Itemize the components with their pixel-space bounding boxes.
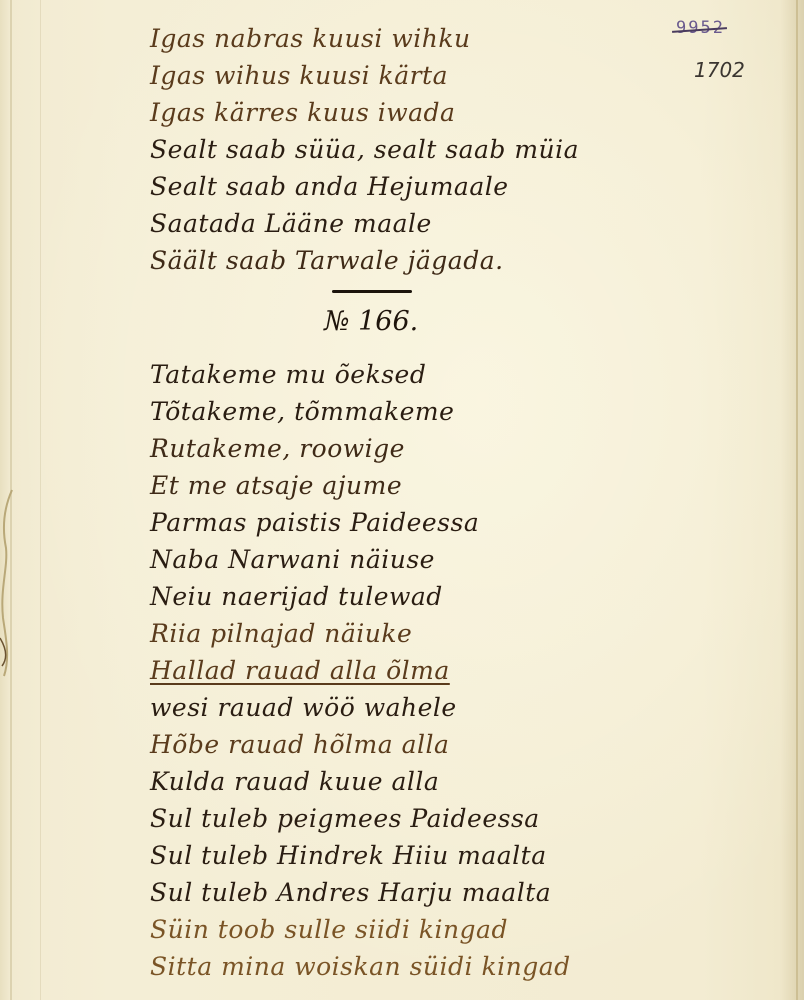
verse-line: Hõbe rauad hõlma alla [150,726,571,763]
reference-number: 1702 [694,58,745,82]
verse-line: Saatada Lääne maale [150,205,579,242]
verse-line: Sul tuleb peigmees Paideessa [150,800,571,837]
section-divider [332,290,412,293]
binding-thread-icon [0,488,14,678]
verse-line: Kulda rauad kuue alla [150,763,571,800]
verse-line: Igas wihus kuusi kärta [150,57,579,94]
verse-line: Igas kärres kuus iwada [150,94,579,131]
verse-line: Sul tuleb Hindrek Hiiu maalta [150,837,571,874]
binding-fold [40,0,41,1000]
verse-line: Tõtakeme, tõmmakeme [150,393,571,430]
verse-line: Et me atsaje ajume [150,467,571,504]
stanza-continued: Igas nabras kuusi wihku Igas wihus kuusi… [150,20,579,279]
verse-line: Sealt saab anda Hejumaale [150,168,579,205]
manuscript-page: 9952 1702 Igas nabras kuusi wihku Igas w… [0,0,804,1000]
verse-line: Süin toob sulle siidi kingad [150,911,571,948]
verse-line: Parmas paistis Paideessa [150,504,571,541]
poem-166: Tatakeme mu õeksed Tõtakeme, tõmmakeme R… [150,356,571,985]
verse-line: Säält saab Tarwale jägada. [150,242,579,279]
page-edge [796,0,798,1000]
verse-line: Igas nabras kuusi wihku [150,20,579,57]
poem-number: № 166. [324,306,418,337]
verse-line: Neiu naerijad tulewad [150,578,571,615]
verse-line: Rutakeme, roowige [150,430,571,467]
verse-line: Riia pilnajad näiuke [150,615,571,652]
verse-line: Tatakeme mu õeksed [150,356,571,393]
verse-line-underlined: Hallad rauad alla õlma [150,652,571,689]
verse-line: Sul tuleb Andres Harju maalta [150,874,571,911]
verse-line: Naba Narwani näiuse [150,541,571,578]
verse-line: Sitta mina woiskan süidi kingad [150,948,571,985]
struck-reference-number: 9952 [676,18,725,38]
verse-line: Sealt saab süüa, sealt saab müia [150,131,579,168]
verse-line: wesi rauad wöö wahele [150,689,571,726]
